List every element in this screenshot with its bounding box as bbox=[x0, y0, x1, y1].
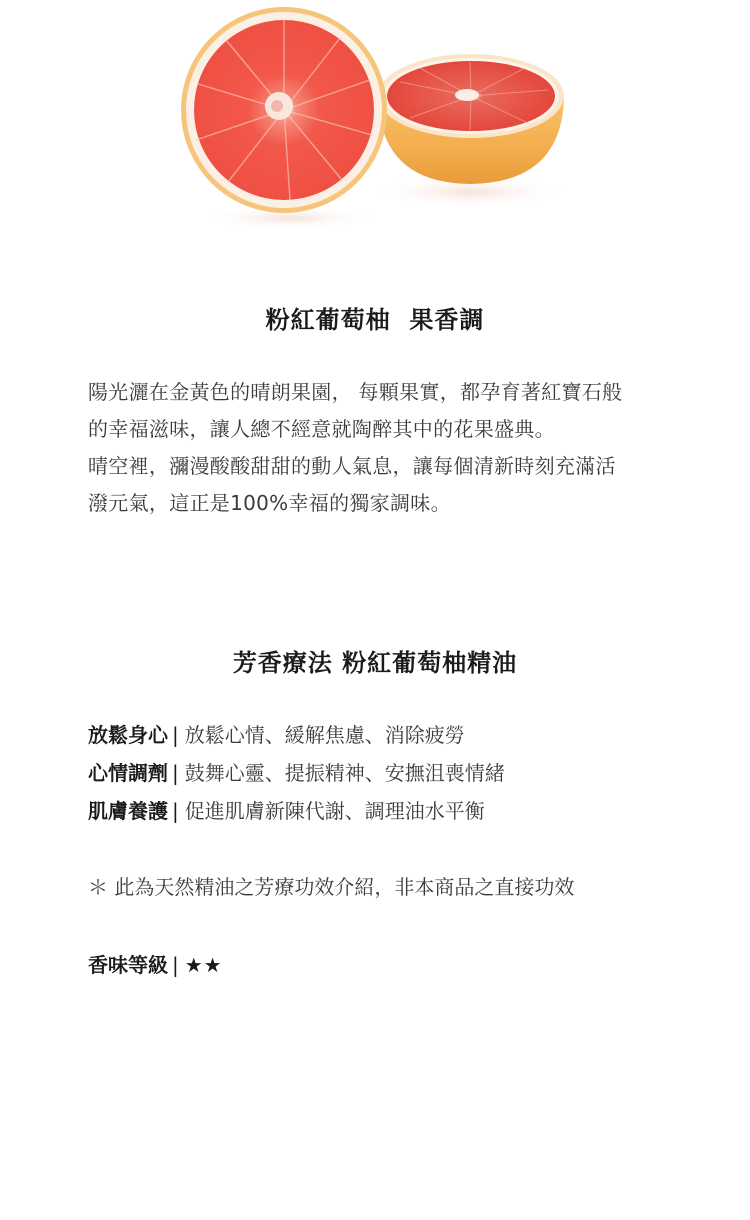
separator: | bbox=[168, 953, 185, 977]
hero-image-grapefruit bbox=[0, 0, 750, 240]
grapefruit-illustration bbox=[0, 0, 750, 240]
star-icons: ★★ bbox=[185, 953, 223, 977]
separator: | bbox=[168, 799, 185, 823]
benefit-text: 促進肌膚新陳代謝、調理油水平衡 bbox=[185, 799, 485, 823]
separator: | bbox=[168, 761, 185, 785]
benefit-label: 放鬆身心 bbox=[88, 723, 168, 747]
description-paragraph: 陽光灑在金黃色的晴朗果園， 每顆果實，都孕育著紅寶石般 的幸福滋味，讓人總不經意… bbox=[88, 374, 678, 522]
separator: | bbox=[168, 723, 185, 747]
benefit-text: 鼓舞心靈、提振精神、安撫沮喪情緒 bbox=[185, 761, 505, 785]
rating-label: 香味等級 bbox=[88, 953, 168, 977]
disclaimer-note: ＊ 此為天然精油之芳療功效介紹，非本商品之直接功效 bbox=[88, 870, 574, 904]
benefit-item-skin: 肌膚養護|促進肌膚新陳代謝、調理油水平衡 bbox=[88, 792, 688, 830]
description-line: 陽光灑在金黃色的晴朗果園， 每顆果實，都孕育著紅寶石般 bbox=[88, 374, 678, 411]
benefit-label: 心情調劑 bbox=[88, 761, 168, 785]
section-title-fragrance: 粉紅葡萄柚 果香調 bbox=[0, 300, 750, 335]
benefits-list: 放鬆身心|放鬆心情、緩解焦慮、消除疲勞 心情調劑|鼓舞心靈、提振精神、安撫沮喪情… bbox=[88, 716, 688, 830]
benefit-label: 肌膚養護 bbox=[88, 799, 168, 823]
description-line: 的幸福滋味，讓人總不經意就陶醉其中的花果盛典。 bbox=[88, 411, 678, 448]
benefit-text: 放鬆心情、緩解焦慮、消除疲勞 bbox=[185, 723, 465, 747]
section-title-aromatherapy: 芳香療法 粉紅葡萄柚精油 bbox=[0, 643, 750, 678]
benefit-item-relax: 放鬆身心|放鬆心情、緩解焦慮、消除疲勞 bbox=[88, 716, 688, 754]
description-line: 潑元氣，這正是100%幸福的獨家調味。 bbox=[88, 485, 678, 522]
fragrance-rating: 香味等級|★★ bbox=[88, 948, 223, 982]
description-line: 晴空裡，瀰漫酸酸甜甜的動人氣息，讓每個清新時刻充滿活 bbox=[88, 448, 678, 485]
benefit-item-mood: 心情調劑|鼓舞心靈、提振精神、安撫沮喪情緒 bbox=[88, 754, 688, 792]
